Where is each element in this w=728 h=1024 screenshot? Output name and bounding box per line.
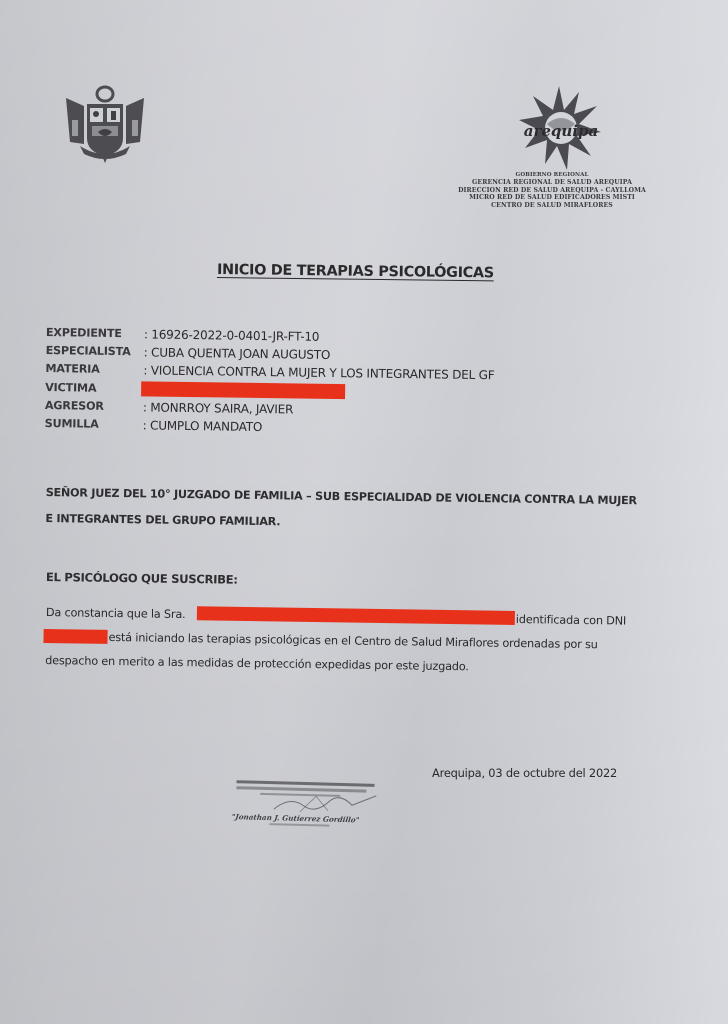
body-text: está iniciando las terapias psicológicas… xyxy=(108,631,597,651)
stamp-text-blur xyxy=(269,823,329,827)
redaction-bar-dni xyxy=(43,629,107,644)
case-fields: EXPEDIENTE : 16926-2022-0-0401-JR-FT-10 … xyxy=(44,326,46,435)
body-line-3: despacho en merito a las medidas de prot… xyxy=(45,654,469,684)
body-text: Da constancia que la Sra. xyxy=(46,606,186,621)
institution-line: GERENCIA REGIONAL DE SALUD AREQUIPA xyxy=(452,179,652,186)
field-label: ESPECIALISTA xyxy=(46,344,131,358)
arequipa-sun-logo-icon: arequipa xyxy=(517,84,601,172)
institution-line: CENTRO DE SALUD MIRAFLORES xyxy=(452,202,652,209)
institution-line: DIRECCION RED DE SALUD AREQUIPA - CAYLLO… xyxy=(452,187,652,194)
field-value: : MONRROY SAIRA, JAVIER xyxy=(143,400,294,416)
field-value: : CUBA QUENTA JOAN AUGUSTO xyxy=(144,346,331,363)
signature-name: "Jonathan J. Gutierrez Gordillo" xyxy=(231,812,360,824)
field-value: : 16926-2022-0-0401-JR-FT-10 xyxy=(144,327,320,343)
document-title: INICIO DE TERAPIAS PSICOLÓGICAS xyxy=(217,262,494,281)
field-label: VICTIMA xyxy=(45,381,96,395)
peru-coat-of-arms-icon xyxy=(62,84,148,164)
logo-word: arequipa xyxy=(524,122,598,140)
field-label: MATERIA xyxy=(45,362,99,376)
document-date: Arequipa, 03 de octubre del 2022 xyxy=(432,766,617,780)
field-label: SUMILLA xyxy=(45,417,99,431)
institution-line: MICRO RED DE SALUD EDIFICADORES MISTI xyxy=(452,194,652,201)
certification-body: Da constancia que la Sra. identificada c… xyxy=(45,606,470,684)
body-text: identificada con DNI xyxy=(516,613,626,628)
field-value: : VIOLENCIA CONTRA LA MUJER Y LOS INTEGR… xyxy=(143,364,494,383)
institution-caption: GOBIERNO REGIONAL GERENCIA REGIONAL DE S… xyxy=(452,172,652,209)
institution-line: GOBIERNO REGIONAL xyxy=(452,172,652,179)
redaction-bar-name xyxy=(197,606,515,625)
signer-heading: EL PSICÓLOGO QUE SUSCRIBE: xyxy=(46,570,238,587)
field-value: : CUMPLO MANDATO xyxy=(143,418,263,434)
field-label: AGRESOR xyxy=(45,399,104,413)
addressee: SEÑOR JUEZ DEL 10° JUZGADO DE FAMILIA – … xyxy=(45,476,637,544)
field-label: EXPEDIENTE xyxy=(46,326,122,340)
signature-stamp: "Jonathan J. Gutierrez Gordillo" xyxy=(229,778,380,830)
redaction-bar-victim xyxy=(141,381,345,399)
